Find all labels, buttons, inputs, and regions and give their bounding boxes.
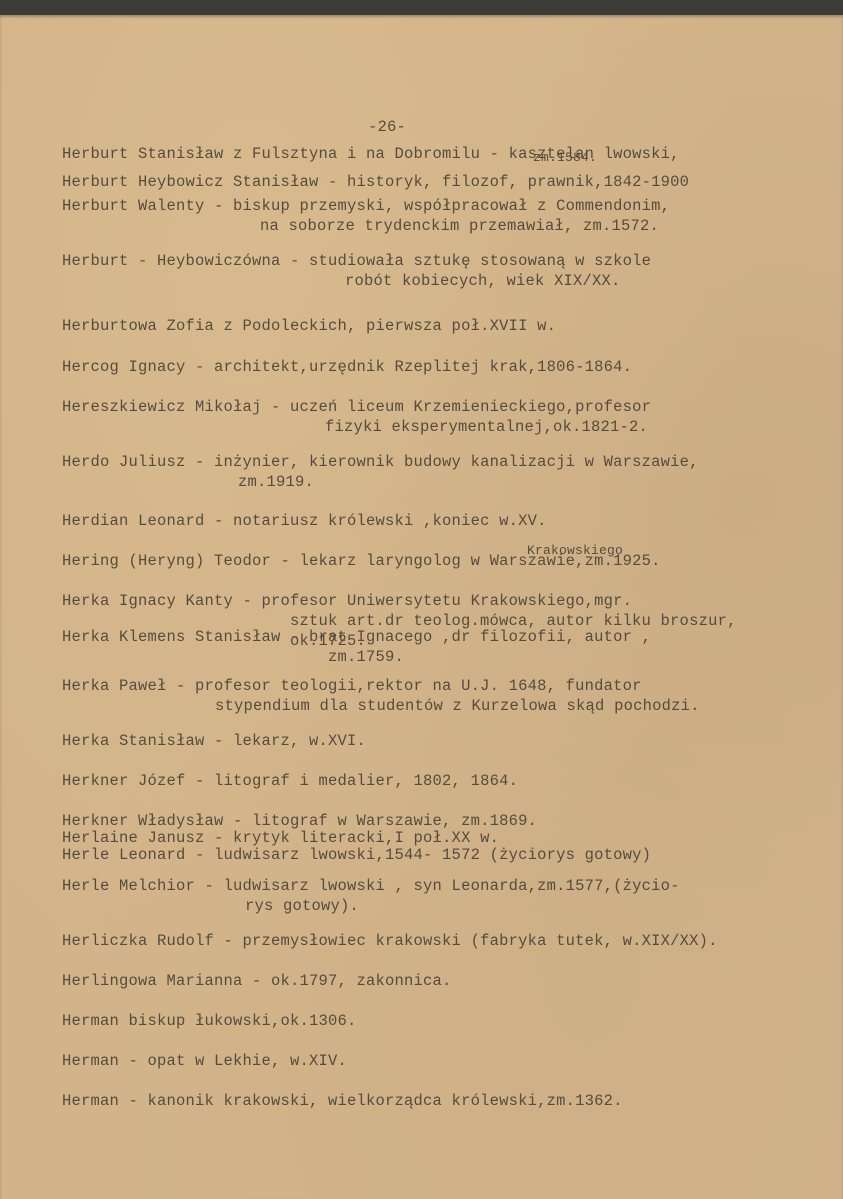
correction-above: Krakowskiego <box>527 543 623 558</box>
entry-line: Herle Melchior - ludwisarz lwowski , syn… <box>62 877 680 895</box>
entry-line: zm.1759. <box>328 648 404 666</box>
entry-line: Herman - kanonik krakowski, wielkorządca… <box>62 1092 623 1110</box>
entry-line: Herburt Walenty - biskup przemyski, wspó… <box>62 197 670 215</box>
entry-line: Herburt - Heybowiczówna - studiowała szt… <box>62 252 651 270</box>
entry-line: Herka Paweł - profesor teologii,rektor n… <box>62 677 642 695</box>
entry-line: Herman biskup łukowski,ok.1306. <box>62 1012 357 1030</box>
entry-line: Herdian Leonard - notariusz królewski ,k… <box>62 512 547 530</box>
entry-line: robót kobiecych, wiek XIX/XX. <box>345 272 621 290</box>
entry-line: Herkner Władysław - litograf w Warszawie… <box>62 812 537 830</box>
entry-line: Hereszkiewicz Mikołaj - uczeń liceum Krz… <box>62 398 651 416</box>
entry-line: stypendium dla studentów z Kurzelowa ską… <box>215 697 700 715</box>
entry-line: Herka Ignacy Kanty - profesor Uniwersyte… <box>62 592 632 610</box>
entry-line: fizyki eksperymentalnej,ok.1821-2. <box>325 418 648 436</box>
page-number: -26- <box>368 118 406 136</box>
entry-line: Herlaine Janusz - krytyk literacki,I poł… <box>62 829 499 847</box>
entry-line: Hercog Ignacy - architekt,urzędnik Rzepl… <box>62 358 632 376</box>
entry-line: Herburt Stanisław z Fulsztyna i na Dobro… <box>62 145 680 163</box>
entry-line: rys gotowy). <box>245 897 359 915</box>
document-page: -26- zm.1584. Herburt Stanisław z Fulszt… <box>0 15 843 1199</box>
entry-line: Herliczka Rudolf - przemysłowiec krakows… <box>62 932 718 950</box>
entry-line: Herka Klemens Stanisław - brat Ignacego … <box>62 628 651 646</box>
entry-line: Herle Leonard - ludwisarz lwowski,1544- … <box>62 846 651 864</box>
entry-line: Herman - opat w Lekhie, w.XIV. <box>62 1052 347 1070</box>
entry-line: Herburtowa Zofia z Podoleckich, pierwsza… <box>62 317 556 335</box>
entry-line: Herkner Józef - litograf i medalier, 180… <box>62 772 518 790</box>
entry-line: Herlingowa Marianna - ok.1797, zakonnica… <box>62 972 452 990</box>
entry-line: Herdo Juliusz - inżynier, kierownik budo… <box>62 453 699 471</box>
entry-line: zm.1919. <box>238 473 314 491</box>
entry-line: na soborze trydenckim przemawiał, zm.157… <box>260 217 659 235</box>
entry-line: Herka Stanisław - lekarz, w.XVI. <box>62 732 366 750</box>
entry-line: Herburt Heybowicz Stanisław - historyk, … <box>62 173 689 191</box>
